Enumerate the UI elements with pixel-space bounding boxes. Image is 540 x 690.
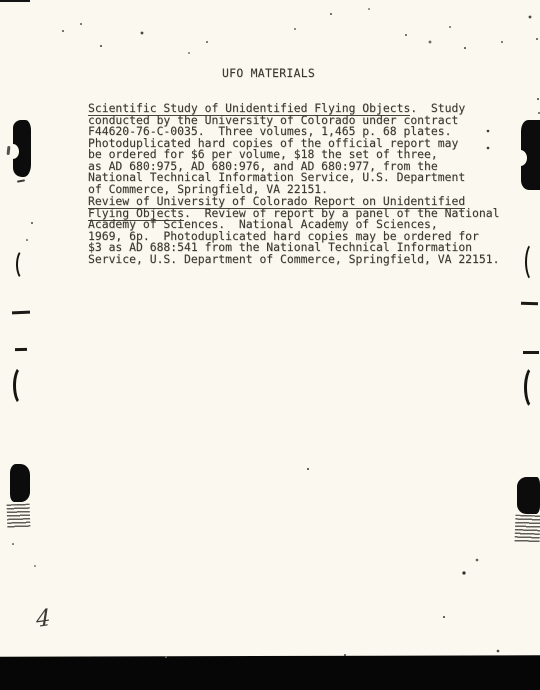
paragraph-scientific-study: Scientific Study of Unidentified Flying … <box>88 103 465 195</box>
scan-dash-left-2 <box>15 348 27 351</box>
scan-crescent-left-1 <box>16 249 31 280</box>
scan-speckle-noise <box>0 0 2 2</box>
scan-blob-right-top <box>521 120 540 190</box>
scan-blob-left-bottom <box>10 464 30 502</box>
scan-blob-right-bottom <box>517 477 540 514</box>
scan-dot-left <box>17 179 25 182</box>
scan-dash-right-1 <box>521 302 538 305</box>
page-title: UFO MATERIALS <box>222 67 315 79</box>
scan-crescent-left-2 <box>13 365 32 406</box>
scan-blob-left-top <box>13 120 31 177</box>
scan-crescent-right-1 <box>525 242 540 282</box>
scan-dash-right-2 <box>523 351 539 354</box>
paragraph-review-report: Review of University of Colorado Report … <box>88 196 499 265</box>
scan-edge-sliver <box>0 0 30 2</box>
scan-smudge-right <box>515 515 540 544</box>
scan-dash-left-1 <box>12 311 30 314</box>
scan-smudge-left <box>7 504 31 530</box>
scanned-page: { "page": { "paper_color": "#faf8ef", "i… <box>0 0 540 690</box>
handwritten-page-number: 4 <box>36 605 51 633</box>
scan-black-strip-bottom <box>0 655 540 690</box>
text-line: Service, U.S. Department of Commerce, Sp… <box>88 254 499 266</box>
scan-crescent-right-2 <box>524 365 540 410</box>
